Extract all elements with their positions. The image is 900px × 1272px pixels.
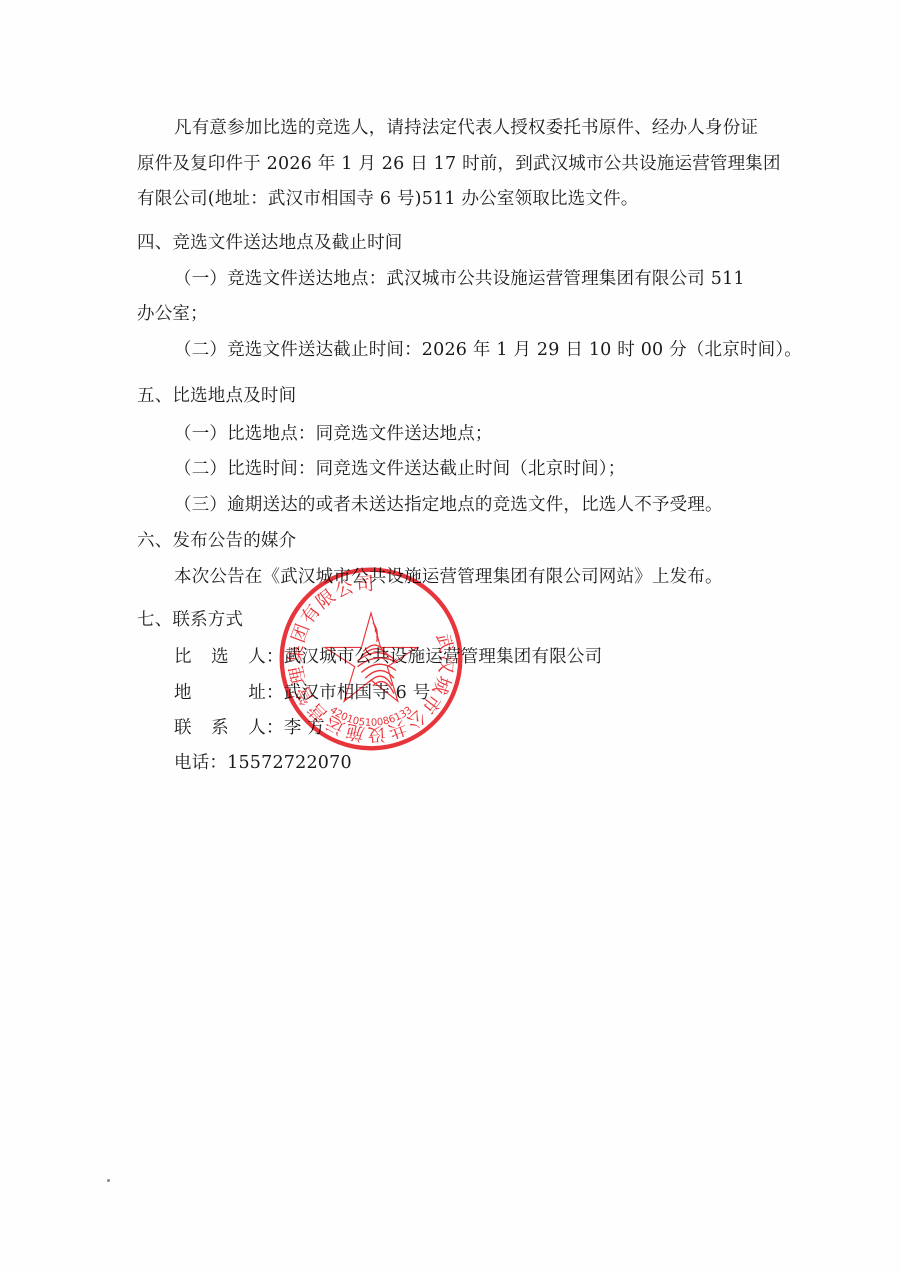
contact-separator: ： [209,753,227,773]
contact-row-selector: 比选人：武汉城市公共设施运营管理集团有限公司 [174,645,602,669]
section-heading-6: 六、发布公告的媒介 [137,529,296,553]
contact-separator: ： [266,647,284,667]
section-4-item-1-line-2: 办公室； [137,302,208,326]
section-heading-7: 七、联系方式 [137,608,243,632]
intro-line-1: 凡有意参加比选的竞选人，请持法定代表人授权委托书原件、经办人身份证 [174,116,758,140]
scan-speck [107,1179,110,1182]
contact-label: 联系人 [174,716,266,740]
section-heading-5: 五、比选地点及时间 [137,384,296,408]
contact-separator: ： [266,718,284,738]
contact-label: 电话 [174,753,209,773]
contact-row-person: 联系人：李 方 [174,716,325,740]
contact-row-phone: 电话：15572722070 [174,751,352,775]
section-6-item-1: 本次公告在《武汉城市公共设施运营管理集团有限公司网站》上发布。 [174,565,723,589]
section-5-item-2: （二）比选时间：同竞选文件送达截止时间（北京时间）； [174,457,625,481]
seal-code-text: 42010510086133 [327,705,414,729]
document-page: 凡有意参加比选的竞选人，请持法定代表人授权委托书原件、经办人身份证 原件及复印件… [0,0,900,1272]
section-4-item-2: （二）竞选文件送达截止时间：2026 年 1 月 29 日 10 时 00 分（… [174,338,802,362]
section-5-item-3: （三）逾期送达的或者未送达指定地点的竞选文件，比选人不予受理。 [174,493,723,517]
contact-value: 15572722070 [227,753,352,773]
contact-value: 武汉市相国寺 6 号 [284,683,431,703]
intro-line-3: 有限公司(地址：武汉市相国寺 6 号)511 办公室领取比选文件。 [137,187,638,211]
section-5-item-1: （一）比选地点：同竞选文件送达地点； [174,422,493,446]
intro-line-2: 原件及复印件于 2026 年 1 月 26 日 17 时前，到武汉城市公共设施运… [137,152,781,176]
contact-value: 武汉城市公共设施运营管理集团有限公司 [284,647,603,667]
contact-row-address: 地址：武汉市相国寺 6 号 [174,681,430,705]
contact-value: 李 方 [284,718,325,738]
contact-label: 地址 [174,681,266,705]
section-4-item-1-line-1: （一）竞选文件送达地点：武汉城市公共设施运营管理集团有限公司 511 [174,267,745,291]
section-heading-4: 四、竞选文件送达地点及截止时间 [137,231,403,255]
contact-label: 比选人 [174,645,266,669]
contact-separator: ： [266,683,284,703]
